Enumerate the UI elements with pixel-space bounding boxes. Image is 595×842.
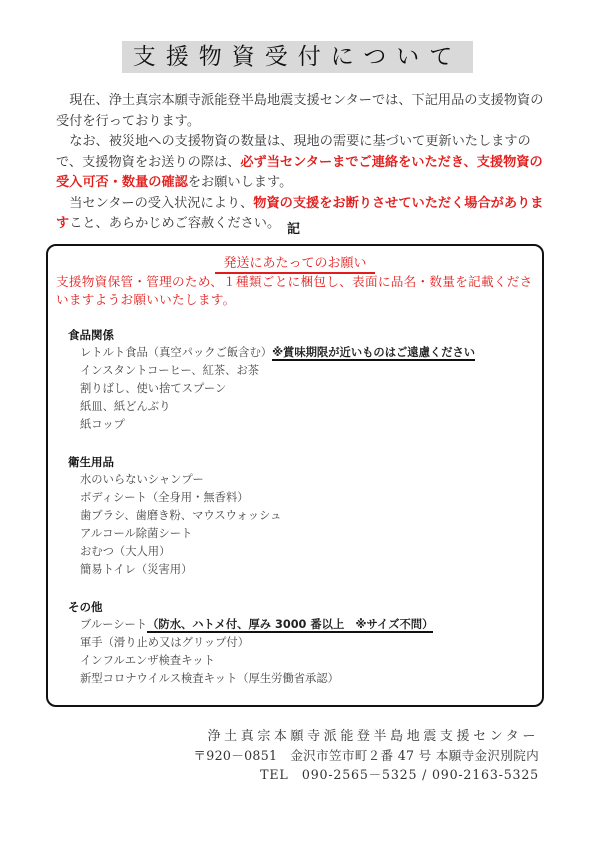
list-item: 紙コップ [68,416,475,434]
notice-body: 支援物資保管・管理のため、１種類ごとに梱包し、表面に品名・数量を記載くださいます… [56,273,541,309]
list-item: ボディシート（全身用・無香料） [68,489,281,507]
page-title: 支援物資受付について [122,41,473,73]
footer-org: 浄土真宗本願寺派能登半島地震支援センター [193,727,539,746]
section-food: 食品関係 レトルト食品（真空パックご飯含む）※賞味期限が近いものはご遠慮ください… [68,326,475,434]
notice-title: 発送にあたってのお願い [48,256,542,272]
item-note: （防水、ハトメ付、厚み 3000 番以上 ※サイズ不問） [147,618,433,633]
intro-p2-text-b: をお願いします。 [188,175,292,190]
intro-p3-text-b: こと、あらかじめご容赦ください。 [69,216,280,231]
list-item: 軍手（滑り止め又はグリップ付） [68,634,433,652]
intro-text: 現在、浄土真宗本願寺派能登半島地震支援センターでは、下記用品の支援物資の受付を行… [56,91,546,235]
section-heading: その他 [68,598,433,616]
footer-tel: TEL 090-2565－5325 / 090-2163-5325 [193,765,539,784]
section-heading: 食品関係 [68,326,475,344]
list-item: 歯ブラシ、歯磨き粉、マウスウォッシュ [68,507,281,525]
list-item: インスタントコーヒー、紅茶、お茶 [68,362,475,380]
list-item: アルコール除菌シート [68,525,281,543]
list-item: ブルーシート（防水、ハトメ付、厚み 3000 番以上 ※サイズ不問） [68,616,433,634]
list-item: 簡易トイレ（災害用） [68,561,281,579]
intro-paragraph-3: 当センターの受入状況により、物資の支援をお断りさせていただく場合がありますこと、… [56,194,546,235]
section-hygiene: 衛生用品 水のいらないシャンプー ボディシート（全身用・無香料） 歯ブラシ、歯磨… [68,453,281,579]
footer-contact: 浄土真宗本願寺派能登半島地震支援センター 〒920－0851 金沢市笠市町２番 … [193,727,539,784]
list-item: 紙皿、紙どんぶり [68,398,475,416]
list-item: インフルエンザ検査キット [68,652,433,670]
item-text: レトルト食品（真空パックご飯含む） [80,346,272,359]
intro-p3-text-a: 当センターの受入状況により、 [69,196,253,211]
item-text: ブルーシート [80,618,147,631]
list-item: 水のいらないシャンプー [68,471,281,489]
item-list-box: 発送にあたってのお願い 支援物資保管・管理のため、１種類ごとに梱包し、表面に品名… [46,244,544,707]
item-note: ※賞味期限が近いものはご遠慮ください [272,346,475,361]
ki-heading: 記 [287,218,300,237]
list-item: 新型コロナウイルス検査キット（厚生労働省承認） [68,670,433,688]
intro-paragraph-1: 現在、浄土真宗本願寺派能登半島地震支援センターでは、下記用品の支援物資の受付を行… [56,91,546,132]
list-item: レトルト食品（真空パックご飯含む）※賞味期限が近いものはご遠慮ください [68,344,475,362]
footer-address: 〒920－0851 金沢市笠市町２番 47 号 本願寺金沢別院内 [193,746,539,765]
intro-paragraph-2: なお、被災地への支援物資の数量は、現地の需要に基づいて更新いたしますので、支援物… [56,132,546,194]
section-other: その他 ブルーシート（防水、ハトメ付、厚み 3000 番以上 ※サイズ不問） 軍… [68,598,433,688]
list-item: おむつ（大人用） [68,543,281,561]
list-item: 割りばし、使い捨てスプーン [68,380,475,398]
section-heading: 衛生用品 [68,453,281,471]
notice-title-text: 発送にあたってのお願い [215,256,374,274]
